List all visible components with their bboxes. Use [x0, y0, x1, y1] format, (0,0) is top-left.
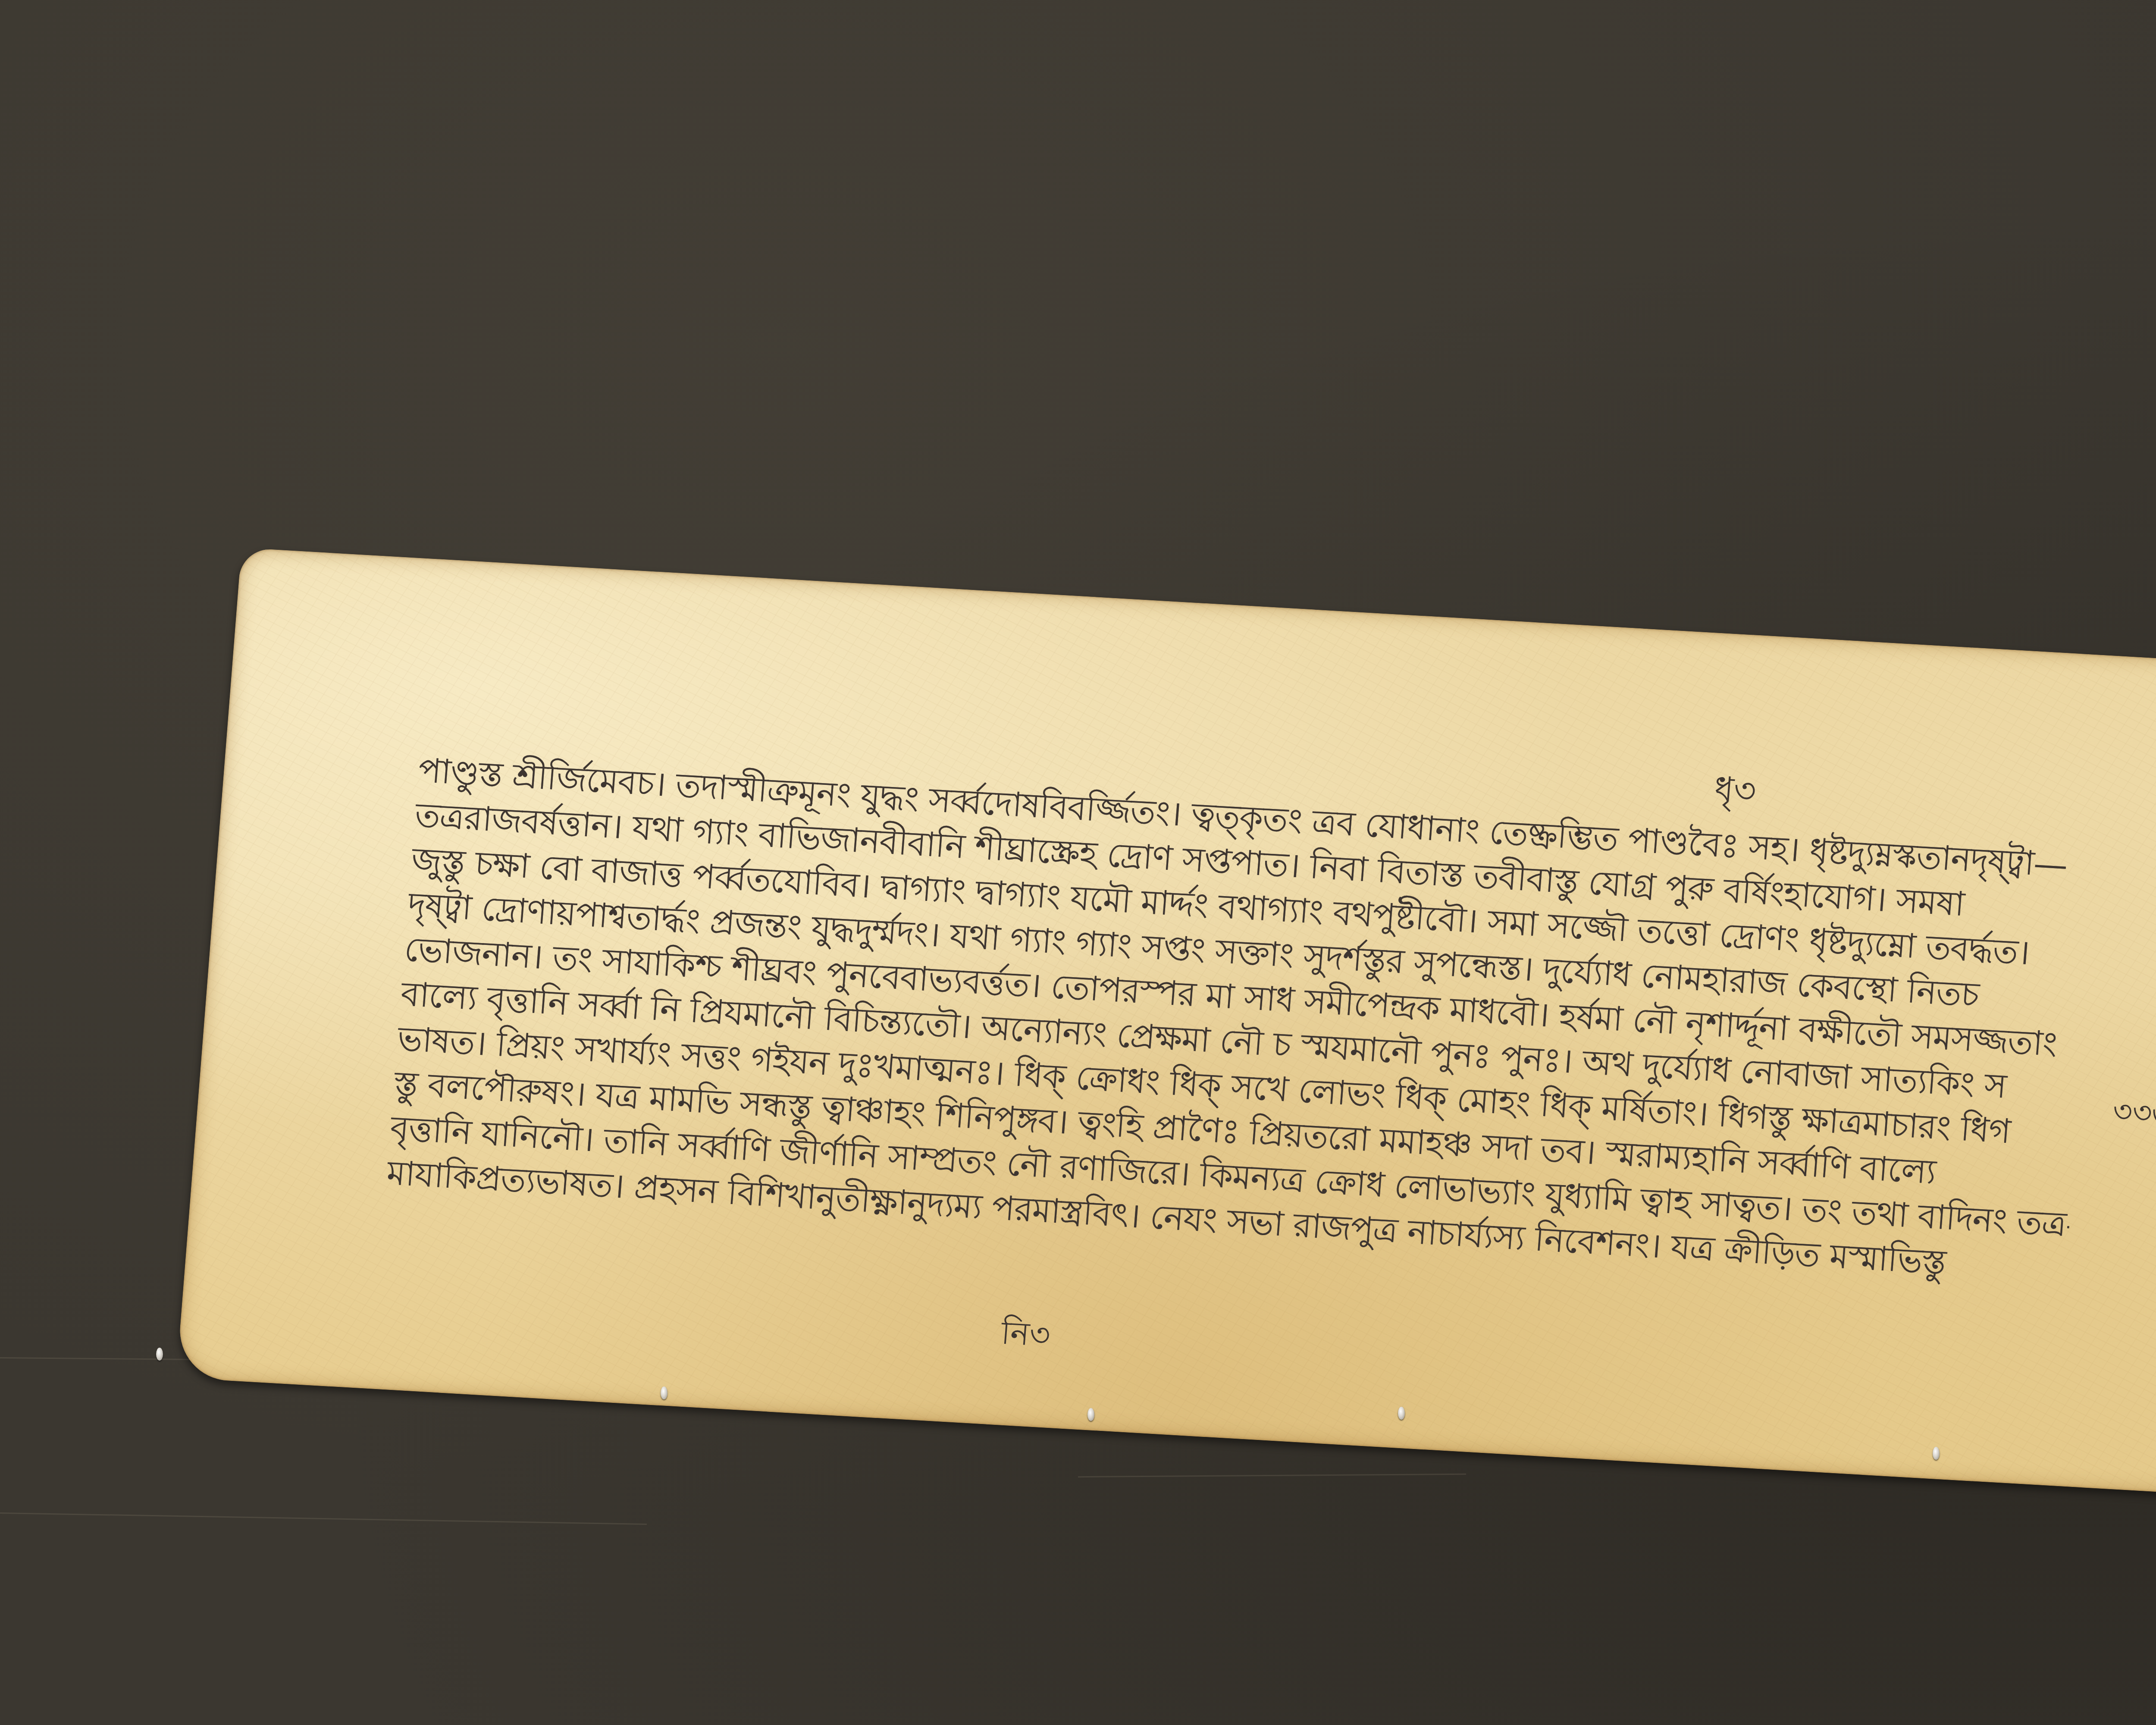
mounting-pin-icon — [156, 1348, 163, 1361]
mount-scratch — [1078, 1474, 1466, 1477]
folio-mark-bottom: নি৩ — [999, 1309, 1052, 1364]
manuscript-text-block: পাণ্ডুস্ত শ্রীর্জিমেবচ। তদাস্মীত্রুমূনং … — [385, 748, 2099, 1292]
folio-mark-top: ধৃ৩ — [1712, 762, 1758, 822]
mounting-pin-icon — [1398, 1407, 1405, 1420]
mounting-pin-icon — [1933, 1447, 1940, 1460]
folio-number-margin: ৩৩৬ — [2111, 1088, 2156, 1142]
mounting-pin-icon — [661, 1386, 667, 1399]
manuscript-leaf: ধৃ৩ পাণ্ডুস্ত শ্রীর্জিমেবচ। তদাস্মীত্রুম… — [176, 548, 2156, 1493]
mounting-pin-icon — [1087, 1408, 1094, 1421]
mount-scratch — [0, 1512, 647, 1525]
